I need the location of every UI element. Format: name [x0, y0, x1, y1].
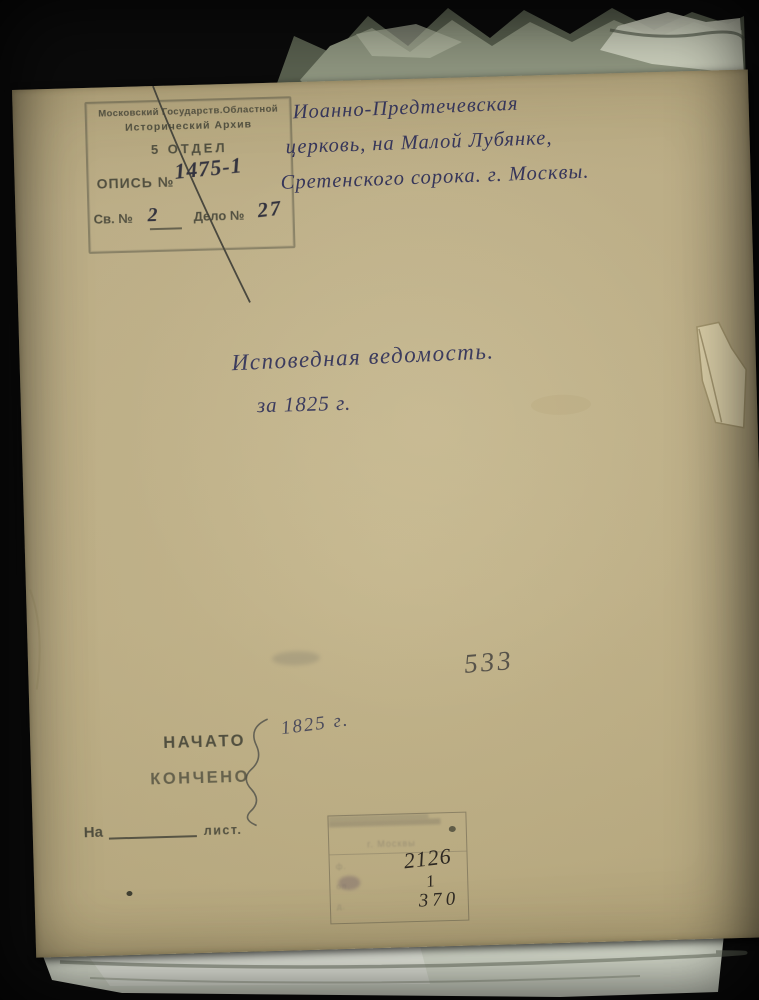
sheet-count-prefix: На [84, 824, 104, 842]
folio-number: 533 [463, 645, 515, 680]
archive-stamp-sv-label: Св. № [93, 211, 133, 227]
started-stamp: НАЧАТО [163, 732, 246, 753]
fond-number-handwritten: 2126 [402, 843, 453, 874]
archive-stamp-box: Московский Государств.Областной Историче… [84, 96, 295, 254]
archive-stamp-delo-label: Дело № [193, 208, 244, 224]
sv-underline [150, 227, 182, 229]
left-edge-curl [30, 589, 41, 689]
opis-number-handwritten: 1475-1 [173, 152, 244, 185]
archive-stamp-org-line2: Исторический Архив [87, 117, 290, 135]
paper-stain [531, 394, 592, 416]
archive-stamp-opis-label: ОПИСЬ № [96, 174, 174, 192]
faded-fond-label: ф. [336, 862, 347, 871]
faded-stamp-smudge [338, 876, 360, 891]
archive-stamp-dept: 5 ОТДЕЛ [88, 138, 291, 159]
faded-delo-label: д. [337, 902, 346, 911]
file-cover: Московский Государств.Областной Историче… [12, 69, 759, 957]
scanned-archival-cover-photo: Московский Государств.Областной Историче… [0, 0, 759, 1000]
sv-number-handwritten: 2 [147, 204, 158, 227]
torn-edge-flap [697, 322, 748, 429]
delo-number-modern-handwritten: 370 [418, 888, 460, 912]
ink-smudge [272, 651, 320, 666]
document-title-year: за 1825 г. [257, 391, 352, 419]
sheet-count-suffix: лист. [204, 823, 243, 838]
sheet-count-stamp: На лист. [84, 824, 85, 844]
finished-stamp: КОНЧЕНО [150, 768, 250, 790]
delo-number-handwritten: 27 [256, 195, 284, 223]
